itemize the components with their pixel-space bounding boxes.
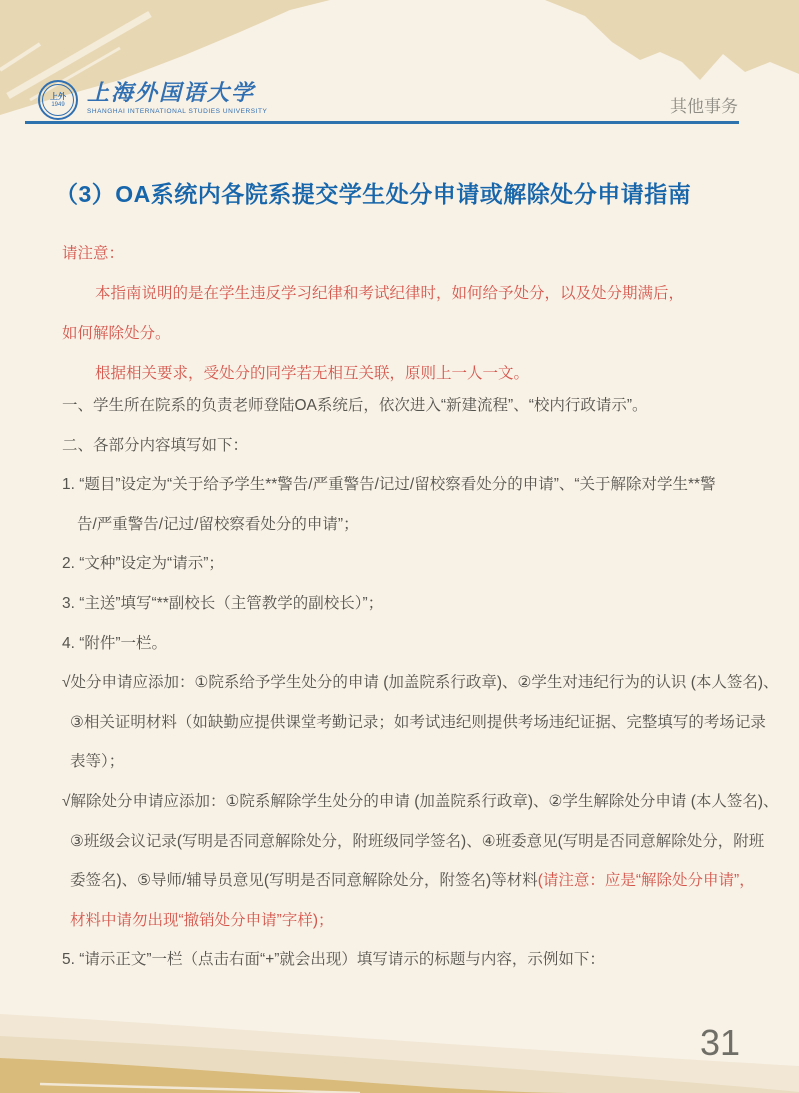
seal-year: 1949 (51, 102, 64, 108)
notice-heading: 请注意： (62, 234, 738, 274)
university-logo: 上外 1949 上海外国语大学 SHANGHAI INTERNATIONAL S… (38, 80, 267, 120)
body-line: √处分申请应添加：①院系给予学生处分的申请 (加盖院系行政章)、②学生对违纪行为… (62, 663, 742, 703)
university-name-chinese: 上海外国语大学 (87, 81, 267, 105)
notice-line: 本指南说明的是在学生违反学习纪律和考试纪律时，如何给予处分，以及处分期满后， (62, 274, 738, 314)
body-line-black-part: 委签名)、⑤导师/辅导员意见(写明是否同意解除处分，附签名)等材料 (70, 872, 538, 889)
body-line: 1. “题目”设定为“关于给予学生**警告/严重警告/记过/留校察看处分的申请”… (62, 465, 742, 505)
body-line: √解除处分申请应添加：①院系解除学生处分的申请 (加盖院系行政章)、②学生解除处… (62, 782, 742, 822)
body-line: 5. “请示正文”一栏（点击右面“+”就会出现）填写请示的标题与内容，示例如下： (62, 940, 742, 980)
body-line: 告/严重警告/记过/留校察看处分的申请”； (62, 505, 742, 545)
seal-inner-ring: 上外 1949 (42, 84, 74, 116)
university-seal-icon: 上外 1949 (38, 80, 78, 120)
bottom-wave-decoration (0, 1000, 799, 1093)
notice-block: 请注意： 本指南说明的是在学生违反学习纪律和考试纪律时，如何给予处分，以及处分期… (62, 234, 738, 394)
university-name-english: SHANGHAI INTERNATIONAL STUDIES UNIVERSIT… (87, 108, 267, 115)
document-page: 上外 1949 上海外国语大学 SHANGHAI INTERNATIONAL S… (0, 0, 799, 1093)
body-line: 一、学生所在院系的负责老师登陆OA系统后，依次进入“新建流程”、“校内行政请示”… (62, 386, 742, 426)
body-line: ③班级会议记录(写明是否同意解除处分，附班级同学签名)、④班委意见(写明是否同意… (62, 822, 742, 862)
body-line: 委签名)、⑤导师/辅导员意见(写明是否同意解除处分，附签名)等材料(请注意：应是… (62, 861, 742, 901)
section-label: 其他事务 (560, 92, 738, 117)
body-line-red-note: 材料中请勿出现“撤销处分申请”字样)； (62, 901, 742, 941)
header-divider-rule (25, 121, 739, 124)
instructions-body: 一、学生所在院系的负责老师登陆OA系统后，依次进入“新建流程”、“校内行政请示”… (62, 386, 742, 980)
body-line-red-note: (请注意：应是“解除处分申请”， (538, 872, 755, 889)
body-line: ③相关证明材料（如缺勤应提供课堂考勤记录；如考试违纪则提供考场违纪证据、完整填写… (62, 703, 742, 743)
notice-line: 如何解除处分。 (62, 314, 738, 354)
page-number: 31 (690, 1022, 750, 1064)
body-line: 表等）； (62, 742, 742, 782)
page-title: （3）OA系统内各院系提交学生处分申请或解除处分申请指南 (55, 176, 755, 209)
body-line: 2. “文种”设定为“请示”； (62, 544, 742, 584)
body-line: 4. “附件”一栏。 (62, 624, 742, 664)
body-line: 3. “主送”填写“**副校长（主管教学的副校长）”； (62, 584, 742, 624)
seal-characters: 上外 (50, 93, 66, 101)
body-line: 二、各部分内容填写如下： (62, 426, 742, 466)
logo-wordmark: 上海外国语大学 SHANGHAI INTERNATIONAL STUDIES U… (87, 80, 267, 115)
